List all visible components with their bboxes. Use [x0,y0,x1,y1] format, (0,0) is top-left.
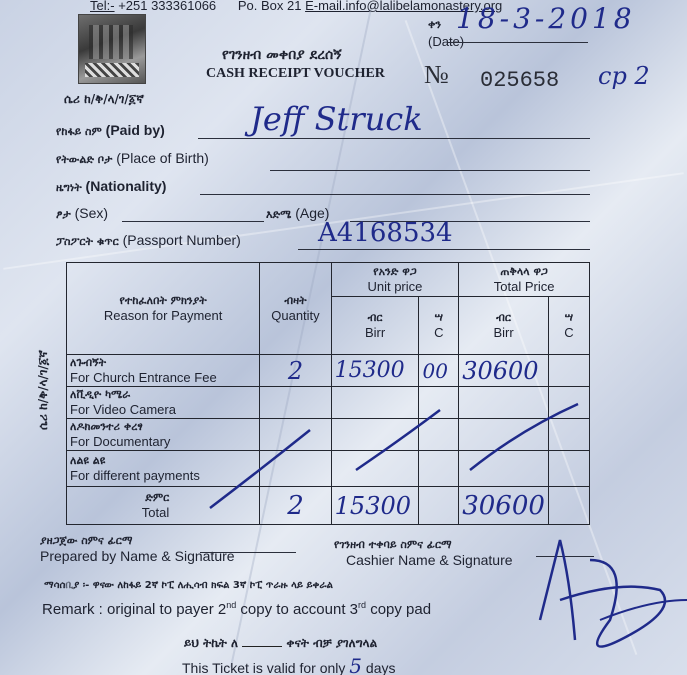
table-row: ለቪዲዮ ካሜራFor Video Camera [67,387,590,419]
paid-by-line [198,138,590,139]
remark-amharic: ማሳሰቢያ ፡- ዋናው ለከፋይ 2ኛ ኮፒ ለሒሳብ ክፍል 3ኛ ኮፒ ጥ… [44,580,333,591]
series-label: ሴሪ ከ/ቅ/ላ/ገ/፩ኛ [64,92,144,107]
date-value: 18-3-2018 [456,2,636,35]
field-paid-by: የከፋይ ስም (Paid by) [56,122,165,139]
header-total-price: ጠቅላላ ዋጋ Total Price [459,263,590,297]
date-line [448,42,588,43]
side-series-label: ሴሪ ከ/ቅ/ላ/ገ/፩ኛ [36,350,51,430]
passport-value: A4168534 [318,218,453,248]
row-unit-birr: 15300 [331,355,419,387]
header-reason: የተከፈለበት ምክንያት Reason for Payment [67,263,260,355]
total-qty: 2 [260,487,331,525]
field-passport: ፓስፖርት ቁጥር (Passport Number) [56,232,241,249]
prepared-by: ያዘጋጀው ስምና ፊርማ Prepared by Name & Signatu… [40,534,235,564]
total-total-birr: 30600 [459,487,549,525]
paid-by-value: Jeff Struck [250,100,423,138]
nationality-line [200,194,590,195]
row-total-birr: 30600 [459,355,549,387]
row-total-cent [548,355,589,387]
row-label: ለቪዲዮ ካሜራFor Video Camera [67,387,260,419]
table-row: ለጉብኝትFor Church Entrance Fee 2 15300 00 … [67,355,590,387]
header-quantity: ብዛት Quantity [260,263,331,355]
header-total-cent: ሣC [548,297,589,355]
total-label: ድምርTotal [67,487,260,525]
row-label: ለልዩ ልዩFor different payments [67,451,260,487]
row-label: ለዶክመንተሪ ቀረፃFor Documentary [67,419,260,451]
receipt-number: 025658 [480,68,559,93]
valid-amharic: ይህ ትኬት ለ ቀናት ብቻ ያገለግላል [184,636,377,651]
date-label-am: ቀን [428,18,441,32]
valid-days: 5 [349,654,362,675]
total-unit-cent [419,487,459,525]
remark-english: Remark : original to payer 2nd copy to a… [42,600,431,618]
passport-line [298,249,590,250]
row-qty: 2 [260,355,331,387]
tel-label: Tel:- [90,0,115,13]
header-total-birr: ብርBirr [459,297,549,355]
church-photo-icon [78,14,146,84]
payment-table: የተከፈለበት ምክንያት Reason for Payment ብዛት Qua… [66,262,590,525]
field-sex: ፆታ (Sex) [56,205,108,222]
tel-value: +251 333361066 [118,0,216,13]
table-row: ለልዩ ልዩFor different payments [67,451,590,487]
pobox: Po. Box 21 [238,0,302,13]
total-unit-birr: 15300 [331,487,419,525]
valid-english: This Ticket is valid for only 5 days [182,654,395,675]
row-unit-cent: 00 [419,355,459,387]
field-nationality: ዜግነት (Nationality) [56,178,166,195]
email-label: E-mail. [305,0,345,13]
cashier: የገንዘብ ተቀባይ ስምና ፊርማ Cashier Name & Signat… [334,538,513,568]
header-unit-cent: ሣC [419,297,459,355]
prepared-line [200,552,296,553]
row-label: ለጉብኝትFor Church Entrance Fee [67,355,260,387]
contact-line: Tel:- +251 333361066 Po. Box 21 E-mail.i… [90,0,502,13]
number-label: № [424,60,449,90]
header-unit-price: የአንድ ዋጋ Unit price [331,263,459,297]
header-unit-birr: ብርBirr [331,297,419,355]
title-english: CASH RECEIPT VOUCHER [206,66,385,82]
total-total-cent [548,487,589,525]
table-row: ለዶክመንተሪ ቀረፃFor Documentary [67,419,590,451]
field-place-of-birth: የትውልድ ቦታ (Place of Birth) [56,150,209,167]
number-note: cp 2 [598,62,650,90]
total-row: ድምርTotal 2 15300 30600 [67,487,590,525]
sex-line [122,221,264,222]
place-of-birth-line [270,170,590,171]
title-amharic: የገንዘብ መቀበያ ደረሰኝ [222,47,342,63]
cashier-line [536,556,594,557]
